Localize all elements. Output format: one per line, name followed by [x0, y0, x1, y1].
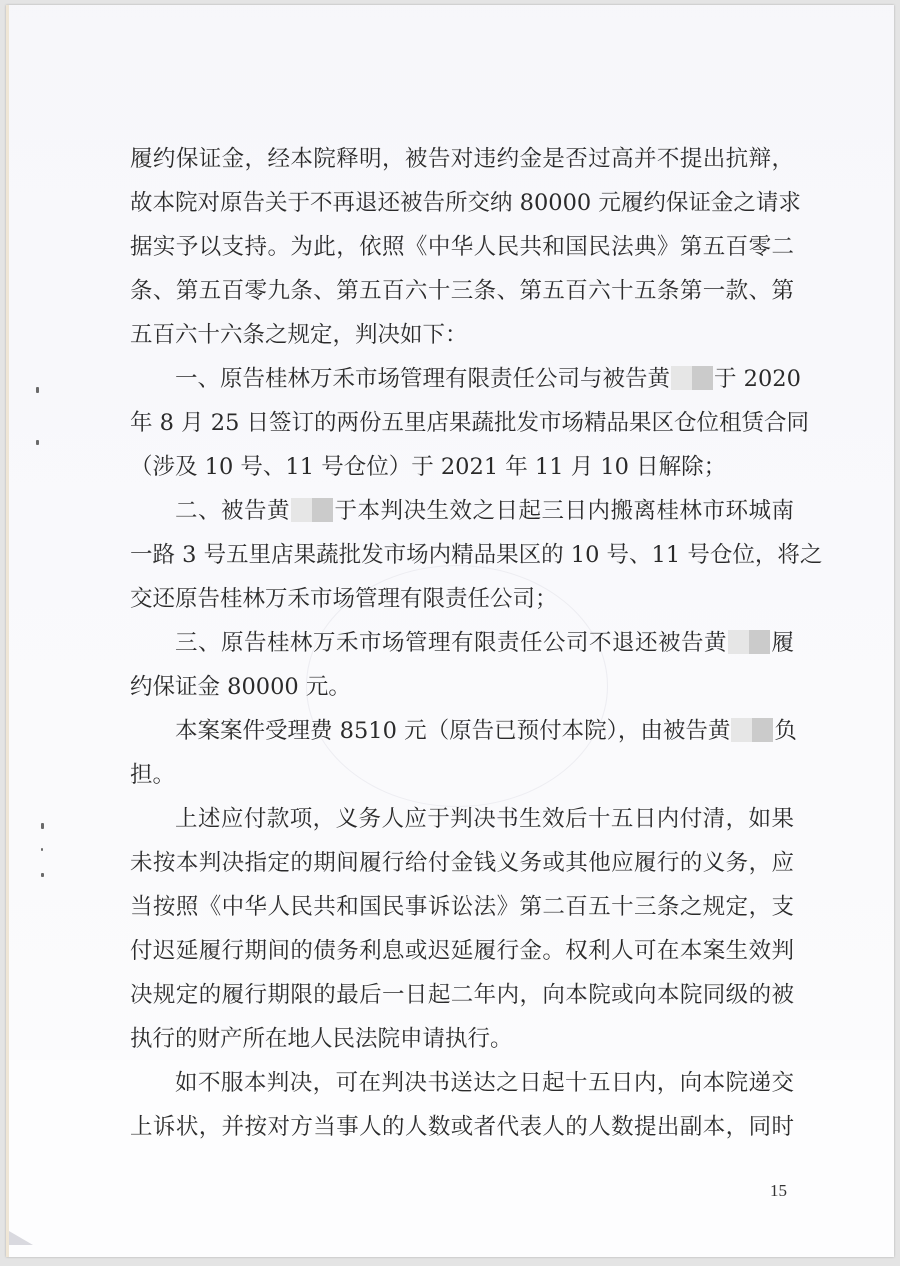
text-segment: 于本判决生效之日起三日内搬离桂林市环城南	[334, 498, 794, 524]
text-line: 三、原告桂林万禾市场管理有限责任公司不退还被告黄履	[130, 621, 794, 665]
text-line: 决规定的履行期限的最后一日起二年内，向本院或向本院同级的被	[130, 973, 794, 1017]
document-page: 履约保证金，经本院释明，被告对违约金是否过高并不提出抗辩，故本院对原告关于不再退…	[6, 5, 894, 1257]
redaction-block	[728, 630, 770, 654]
text-line: （涉及 10 号、11 号仓位）于 2021 年 11 月 10 日解除；	[130, 445, 794, 489]
text-line: 据实予以支持。为此，依照《中华人民共和国民法典》第五百零二	[130, 225, 794, 269]
text-segment: 三、原告桂林万禾市场管理有限责任公司不退还被告黄	[175, 630, 727, 656]
margin-mark	[41, 848, 43, 851]
text-line: 故本院对原告关于不再退还被告所交纳 80000 元履约保证金之请求	[130, 181, 794, 225]
text-line: 上诉状，并按对方当事人的人数或者代表人的人数提出副本，同时	[130, 1105, 794, 1149]
text-line: 上述应付款项，义务人应于判决书生效后十五日内付清，如果	[130, 797, 794, 841]
page-number: 15	[770, 1181, 787, 1201]
text-line: 约保证金 80000 元。	[130, 665, 794, 709]
text-line: 条、第五百零九条、第五百六十三条、第五百六十五条第一款、第	[130, 269, 794, 313]
text-line: 交还原告桂林万禾市场管理有限责任公司；	[130, 577, 794, 621]
text-segment: 一、原告桂林万禾市场管理有限责任公司与被告黄	[175, 366, 670, 392]
margin-mark	[41, 873, 44, 877]
text-line: 履约保证金，经本院释明，被告对违约金是否过高并不提出抗辩，	[130, 137, 794, 181]
text-line: 本案案件受理费 8510 元（原告已预付本院），由被告黄负	[130, 709, 794, 753]
text-segment: 二、被告黄	[175, 498, 290, 524]
redaction-block	[731, 718, 773, 742]
text-line: 当按照《中华人民共和国民事诉讼法》第二百五十三条之规定，支	[130, 885, 794, 929]
text-line: 二、被告黄于本判决生效之日起三日内搬离桂林市环城南	[130, 489, 794, 533]
margin-mark	[41, 823, 44, 829]
text-line: 一、原告桂林万禾市场管理有限责任公司与被告黄于 2020	[130, 357, 794, 401]
text-line: 执行的财产所在地人民法院申请执行。	[130, 1017, 794, 1061]
redaction-block	[671, 366, 713, 390]
margin-mark	[36, 440, 39, 445]
text-line: 担。	[130, 753, 794, 797]
text-segment: 履	[771, 630, 794, 656]
text-line: 五百六十六条之规定，判决如下：	[130, 313, 794, 357]
redaction-block	[291, 498, 333, 522]
margin-mark	[36, 387, 39, 393]
corner-fold	[9, 1231, 33, 1245]
text-line: 如不服本判决，可在判决书送达之日起十五日内，向本院递交	[130, 1061, 794, 1105]
text-line: 年 8 月 25 日签订的两份五里店果蔬批发市场精品果区仓位租赁合同	[130, 401, 794, 445]
judgment-body-text: 履约保证金，经本院释明，被告对违约金是否过高并不提出抗辩，故本院对原告关于不再退…	[130, 137, 794, 1149]
text-line: 一路 3 号五里店果蔬批发市场内精品果区的 10 号、11 号仓位，将之	[130, 533, 794, 577]
text-line: 付迟延履行期间的债务利息或迟延履行金。权利人可在本案生效判	[130, 929, 794, 973]
text-segment: 于 2020	[714, 366, 801, 392]
text-segment: 负	[774, 718, 797, 744]
text-segment: 本案案件受理费 8510 元（原告已预付本院），由被告黄	[175, 718, 730, 744]
screenshot-frame: 履约保证金，经本院释明，被告对违约金是否过高并不提出抗辩，故本院对原告关于不再退…	[0, 0, 900, 1266]
text-line: 未按本判决指定的期间履行给付金钱义务或其他应履行的义务，应	[130, 841, 794, 885]
